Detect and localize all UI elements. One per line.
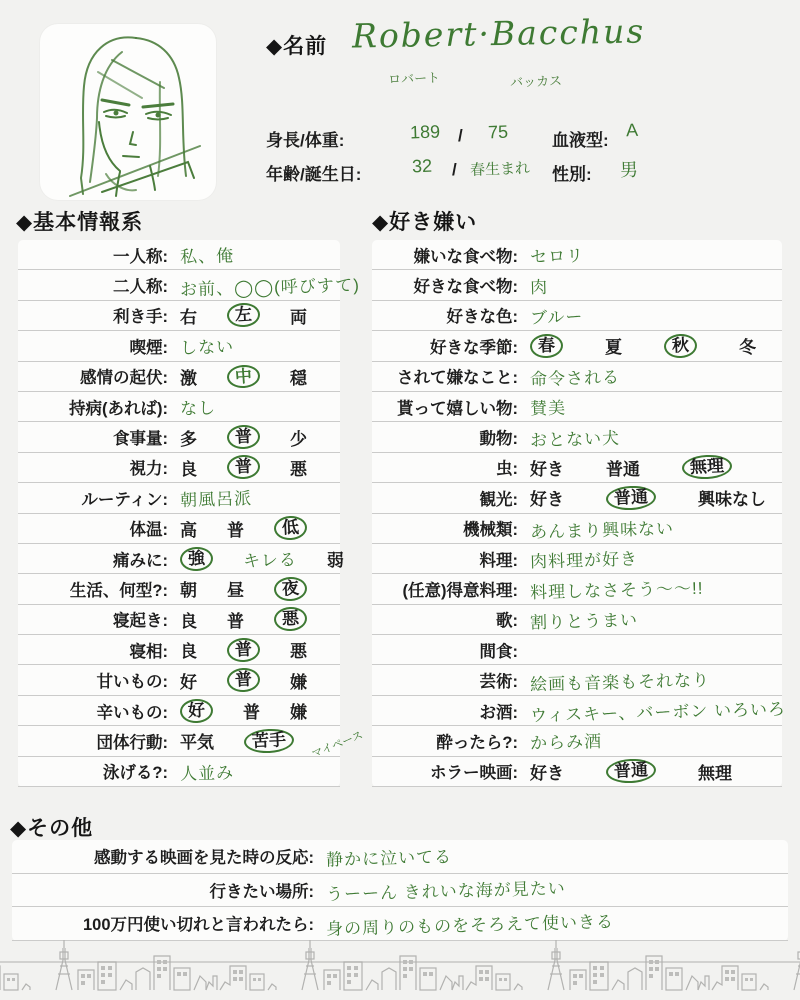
field-label: 感動する映画を見た時の反応: — [12, 844, 314, 868]
field-answer: 好き普通興味なし — [518, 485, 782, 510]
handwritten-choice-circled: 中 — [226, 364, 261, 389]
likes-dislikes-table: 嫌いな食べ物:セロリ好きな食べ物:肉好きな色:ブルー好きな季節:春夏秋冬されて嫌… — [372, 240, 782, 787]
field-answer: 朝昼夜 — [168, 576, 340, 601]
option-choice-circled: 苦手 — [243, 728, 294, 755]
option-choice-circled: 夜 — [273, 576, 307, 602]
field-label: (任意)得意料理: — [372, 577, 518, 601]
basic-info-table: 一人称:私、俺二人称:お前、◯◯(呼びすて)利き手:右左両喫煙:しない感情の起伏… — [18, 240, 340, 787]
field-answer: 私、俺 — [168, 242, 340, 267]
blood-type-label: 血液型: — [552, 126, 609, 151]
option-choice: 両 — [290, 303, 307, 328]
field-answer: 肉 — [518, 273, 782, 298]
field-label: 感情の起伏: — [18, 364, 168, 388]
field-answer: 好普嫌 — [168, 668, 340, 693]
field-answer: 激中穏 — [168, 364, 340, 389]
handwritten-answer: 人並み — [180, 758, 235, 784]
height-value: 189 — [410, 121, 441, 143]
field-label: 二人称: — [18, 273, 168, 297]
field-answer: 好普嫌 — [168, 698, 340, 723]
field-row: ルーティン:朝風呂派 — [18, 483, 340, 513]
field-answer: 右左両 — [168, 303, 340, 328]
option-choice-circled: 普通 — [605, 485, 656, 512]
field-label: 芸術: — [372, 668, 518, 692]
option-choice: 好き — [530, 759, 564, 784]
field-label: 甘いもの: — [18, 668, 168, 692]
option-choice-circled: 低 — [273, 515, 307, 541]
option-choice: 嫌 — [290, 698, 307, 723]
field-answer: 身の周りのものをそろえて使いきる — [314, 911, 788, 936]
field-row: 感情の起伏:激中穏 — [18, 362, 340, 392]
age-birthday-label: 年齢/誕生日: — [266, 160, 361, 185]
field-answer: ウィスキー、バーボン いろいろ — [518, 698, 786, 723]
handwritten-answer: 身の周りのものをそろえて使いきる — [326, 907, 615, 940]
field-row: お酒:ウィスキー、バーボン いろいろ — [372, 696, 782, 726]
option-choice-circled: 好 — [179, 698, 213, 724]
field-row: 虫:好き普通無理 — [372, 453, 782, 483]
field-answer: 高普低 — [168, 516, 340, 541]
field-row: 持病(あれば):なし — [18, 392, 340, 422]
handwritten-answer: 料理しなさそう〜〜!! — [530, 574, 704, 604]
handwritten-answer: 賛美 — [530, 394, 567, 420]
field-answer: 好き普通無理 — [518, 455, 782, 480]
field-label: ルーティン: — [18, 486, 168, 510]
field-answer: なし — [168, 394, 340, 419]
option-choice: 夏 — [605, 333, 622, 358]
field-row: 行きたい場所:うーーん きれいな海が見たい — [12, 874, 788, 908]
handwritten-answer: 朝風呂派 — [180, 484, 253, 511]
handwritten-answer: 肉料理が好き — [530, 545, 639, 573]
field-row: ホラー映画:好き普通無理 — [372, 757, 782, 787]
field-row: 一人称:私、俺 — [18, 240, 340, 270]
option-choice: 右 — [180, 303, 197, 328]
option-choice: 激 — [180, 364, 197, 389]
field-label: 寝相: — [18, 638, 168, 662]
field-answer: 命令される — [518, 364, 782, 389]
field-row: 体温:高普低 — [18, 514, 340, 544]
field-label: 喫煙: — [18, 334, 168, 358]
field-label: 貰って嬉しい物: — [372, 395, 518, 419]
handwritten-answer: ブルー — [530, 302, 584, 328]
handwritten-answer: ウィスキー、バーボン いろいろ — [530, 695, 787, 727]
field-row: 動物:おとない犬 — [372, 422, 782, 452]
option-choice: 嫌 — [290, 668, 307, 693]
option-choice: 平気 — [180, 728, 214, 753]
field-answer: からみ酒 — [518, 728, 782, 753]
field-label: 辛いもの: — [18, 699, 168, 723]
field-label: 寝起き: — [18, 607, 168, 631]
field-answer: しない — [168, 333, 340, 358]
field-label: 歌: — [372, 607, 518, 631]
field-row: 貰って嬉しい物:賛美 — [372, 392, 782, 422]
field-label: 一人称: — [18, 243, 168, 267]
field-label: 視力: — [18, 455, 168, 479]
field-answer: 料理しなさそう〜〜!! — [518, 576, 782, 601]
handwritten-answer: しない — [180, 333, 235, 359]
field-row: 酔ったら?:からみ酒 — [372, 726, 782, 756]
field-answer: うーーん きれいな海が見たい — [314, 877, 788, 902]
field-answer: 良普悪 — [168, 607, 340, 632]
option-choice: 良 — [180, 637, 197, 662]
furigana-first-name: ロバート — [388, 67, 441, 88]
field-row: 好きな色:ブルー — [372, 301, 782, 331]
field-label: 好きな食べ物: — [372, 273, 518, 297]
age-birthday-slash: / — [452, 160, 457, 180]
field-answer: 良普悪 — [168, 455, 340, 480]
field-answer: 良普悪 — [168, 637, 340, 662]
option-choice: 好き — [530, 485, 564, 510]
option-choice: 穏 — [290, 364, 307, 389]
option-choice: 良 — [180, 607, 197, 632]
gender-value: 男 — [620, 156, 639, 183]
field-label: 動物: — [372, 425, 518, 449]
option-choice-circled: 春 — [529, 333, 563, 359]
option-choice-circled: 普 — [226, 424, 260, 450]
field-row: されて嫌なこと:命令される — [372, 362, 782, 392]
furigana-last-name: バッカス — [510, 70, 563, 91]
field-row: 痛みに:強キレる弱 — [18, 544, 340, 574]
height-weight-slash: / — [458, 126, 463, 146]
option-choice-circled: 強 — [179, 546, 213, 572]
field-answer: 春夏秋冬 — [518, 333, 782, 358]
field-answer: セロリ — [518, 242, 782, 267]
option-choice: 好 — [180, 668, 197, 693]
option-choice: 興味なし — [698, 485, 766, 510]
weight-value: 75 — [488, 122, 509, 144]
option-choice: 普 — [227, 516, 244, 541]
field-answer: 朝風呂派 — [168, 485, 340, 510]
field-answer: 強キレる弱 — [168, 546, 344, 571]
option-choice: 普 — [243, 698, 260, 723]
field-label: お酒: — [372, 699, 518, 723]
field-row: 間食: — [372, 635, 782, 665]
field-answer: 肉料理が好き — [518, 546, 782, 571]
field-answer: ブルー — [518, 303, 782, 328]
option-choice-circled: 秋 — [663, 333, 697, 359]
option-choice-circled: 普 — [226, 667, 260, 693]
field-row: 利き手:右左両 — [18, 301, 340, 331]
handwritten-answer: 肉 — [530, 272, 549, 297]
field-label: 好きな季節: — [372, 334, 518, 358]
option-choice: 普通 — [606, 455, 640, 480]
option-choice: 弱 — [327, 546, 344, 571]
field-label: ホラー映画: — [372, 759, 518, 783]
field-row: (任意)得意料理:料理しなさそう〜〜!! — [372, 574, 782, 604]
field-answer: 好き普通無理 — [518, 759, 782, 784]
field-row: 嫌いな食べ物:セロリ — [372, 240, 782, 270]
field-label: 嫌いな食べ物: — [372, 243, 518, 267]
field-label: 行きたい場所: — [12, 878, 314, 902]
field-row: 甘いもの:好普嫌 — [18, 665, 340, 695]
field-row: 感動する映画を見た時の反応:静かに泣いてる — [12, 840, 788, 874]
field-label: 生活、何型?: — [18, 577, 168, 601]
field-row: 団体行動:平気苦手マイペース — [18, 726, 340, 756]
field-answer: 平気苦手マイペース — [168, 728, 364, 753]
character-portrait — [40, 24, 216, 200]
option-choice-circled: 普通 — [605, 758, 656, 785]
city-skyline-icon — [0, 938, 800, 1000]
handwritten-answer: セロリ — [530, 241, 585, 267]
option-choice-circled: 悪 — [273, 607, 307, 633]
handwritten-answer: お前、◯◯(呼びすて) — [180, 270, 360, 300]
field-row: 観光:好き普通興味なし — [372, 483, 782, 513]
field-row: 料理:肉料理が好き — [372, 544, 782, 574]
field-row: 辛いもの:好普嫌 — [18, 696, 340, 726]
option-choice: 無理 — [698, 759, 732, 784]
height-weight-label: 身長/体重: — [266, 126, 344, 151]
field-label: 団体行動: — [18, 729, 168, 753]
field-label: 観光: — [372, 486, 518, 510]
field-label: 機械類: — [372, 516, 518, 540]
field-row: 寝相:良普悪 — [18, 635, 340, 665]
handwritten-answer: 命令される — [530, 363, 621, 390]
field-row: 100万円使い切れと言われたら:身の周りのものをそろえて使いきる — [12, 907, 788, 941]
option-choice: 悪 — [290, 455, 307, 480]
field-row: 視力:良普悪 — [18, 453, 340, 483]
other-info-table: 感動する映画を見た時の反応:静かに泣いてる行きたい場所:うーーん きれいな海が見… — [12, 840, 788, 941]
field-answer: 静かに泣いてる — [314, 844, 788, 869]
option-choice-circled: 左 — [226, 303, 260, 329]
field-answer: 賛美 — [518, 394, 782, 419]
handwritten-answer: 絵画も音楽もそれなり — [530, 665, 711, 695]
field-row: 好きな食べ物:肉 — [372, 270, 782, 300]
handwritten-answer: 割りとうまい — [530, 605, 639, 633]
field-answer: あんまり興味ない — [518, 516, 782, 541]
handwritten-answer: うーーん きれいな海が見たい — [326, 874, 566, 905]
field-answer: 絵画も音楽もそれなり — [518, 668, 782, 693]
option-choice: 高 — [180, 516, 197, 541]
option-choice-circled: 普 — [226, 637, 260, 663]
birthday-value: 春生まれ — [470, 157, 531, 180]
field-row: 喫煙:しない — [18, 331, 340, 361]
field-answer: お前、◯◯(呼びすて) — [168, 273, 360, 298]
handwritten-answer: 私、俺 — [180, 241, 235, 267]
age-value: 32 — [412, 156, 433, 178]
character-sketch-icon — [40, 24, 216, 200]
field-label: 体温: — [18, 516, 168, 540]
option-choice-circled: 無理 — [681, 454, 732, 481]
option-choice: 朝 — [180, 576, 197, 601]
field-label: 間食: — [372, 638, 518, 662]
field-label: 利き手: — [18, 303, 168, 327]
gender-label: 性別: — [552, 160, 592, 185]
option-choice: 好き — [530, 455, 564, 480]
likes-section-title: ◆好き嫌い — [372, 206, 477, 236]
field-label: 痛みに: — [18, 547, 168, 571]
field-row: 食事量:多普少 — [18, 422, 340, 452]
handwritten-answer: 静かに泣いてる — [326, 842, 453, 870]
field-label: 好きな色: — [372, 303, 518, 327]
field-label: 酔ったら?: — [372, 729, 518, 753]
option-choice: 悪 — [290, 637, 307, 662]
field-row: 泳げる?:人並み — [18, 757, 340, 787]
handwritten-answer: おとない犬 — [530, 423, 621, 450]
field-label: 泳げる?: — [18, 759, 168, 783]
option-choice: 冬 — [739, 333, 756, 358]
character-name: Robert·Bacchus — [352, 11, 646, 55]
field-label: 食事量: — [18, 425, 168, 449]
basic-info-section-title: ◆基本情報系 — [16, 206, 143, 236]
field-row: 二人称:お前、◯◯(呼びすて) — [18, 270, 340, 300]
field-answer: 多普少 — [168, 425, 340, 450]
field-answer: 割りとうまい — [518, 607, 782, 632]
handwritten-answer: あんまり興味ない — [530, 514, 675, 543]
other-section-title: ◆その他 — [10, 812, 93, 842]
field-row: 好きな季節:春夏秋冬 — [372, 331, 782, 361]
option-choice: 多 — [180, 425, 197, 450]
field-row: 芸術:絵画も音楽もそれなり — [372, 665, 782, 695]
field-label: 持病(あれば): — [18, 395, 168, 419]
field-answer: 人並み — [168, 759, 340, 784]
blood-type-value: A — [626, 120, 639, 141]
option-choice: 昼 — [227, 576, 244, 601]
field-label: 100万円使い切れと言われたら: — [12, 911, 314, 935]
handwritten-answer: からみ酒 — [530, 727, 603, 754]
field-row: 機械類:あんまり興味ない — [372, 514, 782, 544]
field-row: 寝起き:良普悪 — [18, 605, 340, 635]
field-row: 生活、何型?:朝昼夜 — [18, 574, 340, 604]
option-choice: 普 — [227, 607, 244, 632]
handwritten-answer: なし — [180, 394, 217, 420]
option-choice-circled: 普 — [226, 455, 260, 481]
option-choice: 良 — [180, 455, 197, 480]
field-label: されて嫌なこと: — [372, 364, 518, 388]
name-section-label: ◆名前 — [266, 30, 327, 60]
option-choice: 少 — [290, 425, 307, 450]
handwritten-answer: キレる — [243, 545, 297, 571]
field-label: 料理: — [372, 547, 518, 571]
field-label: 虫: — [372, 455, 518, 479]
field-row: 歌:割りとうまい — [372, 605, 782, 635]
field-answer: おとない犬 — [518, 425, 782, 450]
